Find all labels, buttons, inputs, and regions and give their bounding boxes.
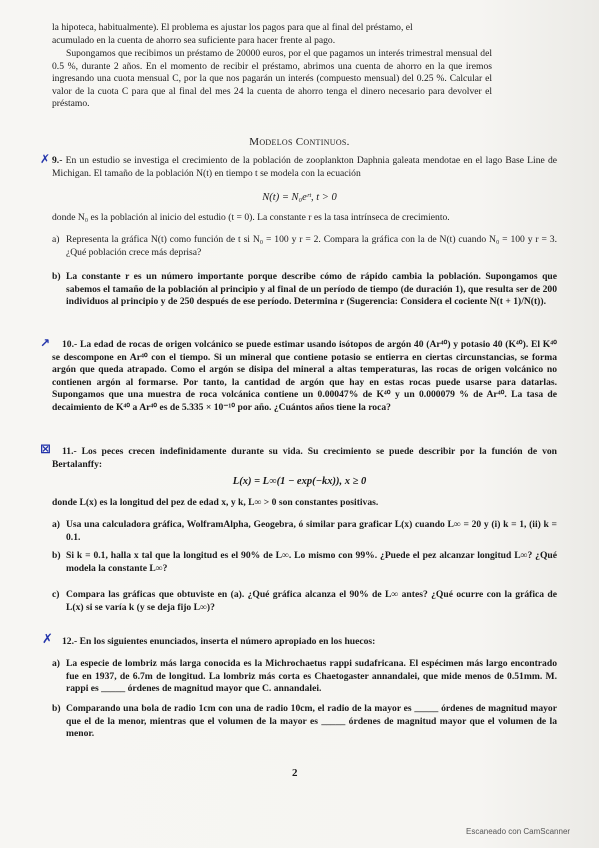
- problem-text: En un estudio se investiga el crecimient…: [52, 155, 557, 179]
- part-text: Comparando una bola de radio 1cm con una…: [66, 703, 557, 739]
- problem-number: 11.-: [62, 446, 77, 457]
- part-label: b): [52, 550, 61, 563]
- part-label: b): [52, 703, 61, 716]
- problem-number: 9.-: [52, 155, 62, 166]
- problem-11-definition: donde L(x) es la longitud del pez de eda…: [52, 497, 557, 510]
- problem-number: 12.-: [62, 636, 77, 647]
- problem-12-part-b: b) Comparando una bola de radio 1cm con …: [66, 703, 557, 741]
- part-label: a): [52, 519, 60, 532]
- part-text: La especie de lombriz más larga conocida…: [66, 658, 557, 694]
- problem-text: En los siguientes enunciados, inserta el…: [80, 636, 376, 647]
- intro-line-2: acumulado en la cuenta de ahorro sea suf…: [52, 35, 557, 48]
- problem-text: Los peces crecen indefinidamente durante…: [52, 446, 557, 470]
- problem-9: 9.- En un estudio se investiga el crecim…: [52, 155, 557, 180]
- part-text: Usa una calculadora gráfica, WolframAlph…: [66, 519, 557, 543]
- problem-11-part-a: a) Usa una calculadora gráfica, WolframA…: [66, 519, 557, 544]
- part-text: La constante r es un número importante p…: [66, 271, 557, 307]
- intro-line-1: la hipoteca, habitualmente). El problema…: [52, 22, 472, 35]
- problem-10: 10.- La edad de rocas de origen volcánic…: [52, 339, 557, 415]
- problem-12-part-a: a) La especie de lombriz más larga conoc…: [66, 658, 557, 696]
- part-label: c): [52, 589, 59, 602]
- intro-paragraph-2: Supongamos que recibimos un préstamo de …: [52, 48, 492, 111]
- part-label: a): [52, 234, 59, 247]
- scanned-page: la hipoteca, habitualmente). El problema…: [0, 0, 599, 848]
- problem-9-definition: donde N₀ es la población al inicio del e…: [52, 212, 557, 225]
- problem-12: 12.- En los siguientes enunciados, inser…: [52, 636, 557, 649]
- page-number: 2: [292, 767, 298, 779]
- problem-11-part-c: c) Compara las gráficas que obtuviste en…: [66, 589, 557, 614]
- arrow-mark-icon: ↗: [40, 336, 50, 350]
- intro-paragraph-1: la hipoteca, habitualmente). El problema…: [52, 22, 557, 47]
- part-text: Si k = 0.1, halla x tal que la longitud …: [66, 550, 557, 574]
- boxed-cross-mark-icon: ⊠: [40, 442, 51, 457]
- part-text: Compara las gráficas que obtuviste en (a…: [66, 589, 557, 613]
- problem-11-part-b: b) Si k = 0.1, halla x tal que la longit…: [66, 550, 557, 575]
- problem-9-part-a: a) Representa la gráfica N(t) como funci…: [66, 234, 557, 259]
- scanner-watermark: Escaneado con CamScanner: [466, 827, 570, 836]
- problem-11: 11.- Los peces crecen indefinidamente du…: [52, 446, 557, 471]
- cross-mark-icon: ✗: [40, 152, 50, 166]
- part-label: a): [52, 658, 60, 671]
- part-text: Representa la gráfica N(t) como función …: [66, 234, 557, 258]
- formula-growth: N(t) = N₀eʳᵗ, t > 0: [0, 192, 599, 203]
- problem-text: La edad de rocas de origen volcánico se …: [52, 339, 557, 413]
- problem-9-part-b: b) La constante r es un número important…: [66, 271, 557, 309]
- part-label: b): [52, 271, 61, 284]
- formula-bertalanffy: L(x) = L∞(1 − exp(−kx)), x ≥ 0: [0, 476, 599, 487]
- section-heading: Modelos Continuos.: [0, 136, 599, 148]
- problem-number: 10.-: [62, 339, 77, 350]
